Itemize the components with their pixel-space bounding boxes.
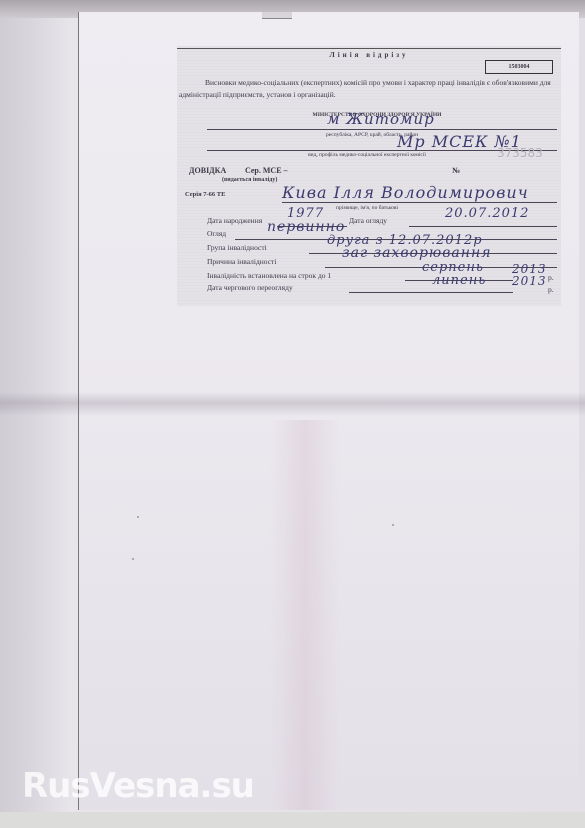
bottom-strip [0,812,585,828]
disability-cause-value: заг захворювання [342,245,491,261]
disability-cause-label: Причина інвалідності [207,257,276,266]
next-review-year: 2013 [512,274,547,288]
disability-group-label: Група інвалідності [207,243,267,252]
next-review-month: липень [432,273,486,288]
valid-until-label: Інвалідність встановлена на строк до 1 [207,271,331,280]
intro-text: Висновки медико-соціальних (експертних) … [179,77,559,101]
valid-until-suffix: р. [548,273,554,282]
issued-to-caption: (видається інваліду) [222,177,277,183]
number-label: № [452,166,460,175]
certificate-title: ДОВІДКА [189,166,226,175]
series-code-label: Серія 7-66 ТЕ [185,191,225,198]
page-fold-shadow [0,392,585,416]
next-review-suffix: р. [548,285,554,294]
full-name-handwritten: Кива Ілля Володимирович [282,183,529,202]
region-handwritten: м Житомир [327,110,435,128]
disability-certificate-form: Лінія відрізу 1503004 Висновки медико-со… [177,46,561,306]
speck [392,524,394,526]
exam-date-label: Дата огляду [349,216,387,225]
exam-type-label: Огляд [207,229,226,238]
exam-date-value: 20.07.2012 [445,206,529,221]
next-review-line [349,292,513,293]
region-line [207,129,557,130]
cut-line [177,48,561,49]
commission-caption: вид, профіль медико-соціальної експертно… [247,152,487,158]
speck [132,558,134,560]
faint-stamp-number: 373583 [497,146,543,160]
next-review-label: Дата чергового переогляду [207,283,293,292]
exam-date-line [409,226,557,227]
page-top-tab [262,12,292,19]
full-name-line [282,202,557,203]
form-code-box: 1503004 [485,60,553,74]
watermark: RusVesna.su [22,766,254,806]
page-tint-band [270,420,340,810]
cut-line-title: Лінія відрізу [177,51,561,59]
series-label: Сер. МСЕ – [245,166,288,175]
birth-date-label: Дата народження [207,216,262,225]
speck [137,516,139,518]
